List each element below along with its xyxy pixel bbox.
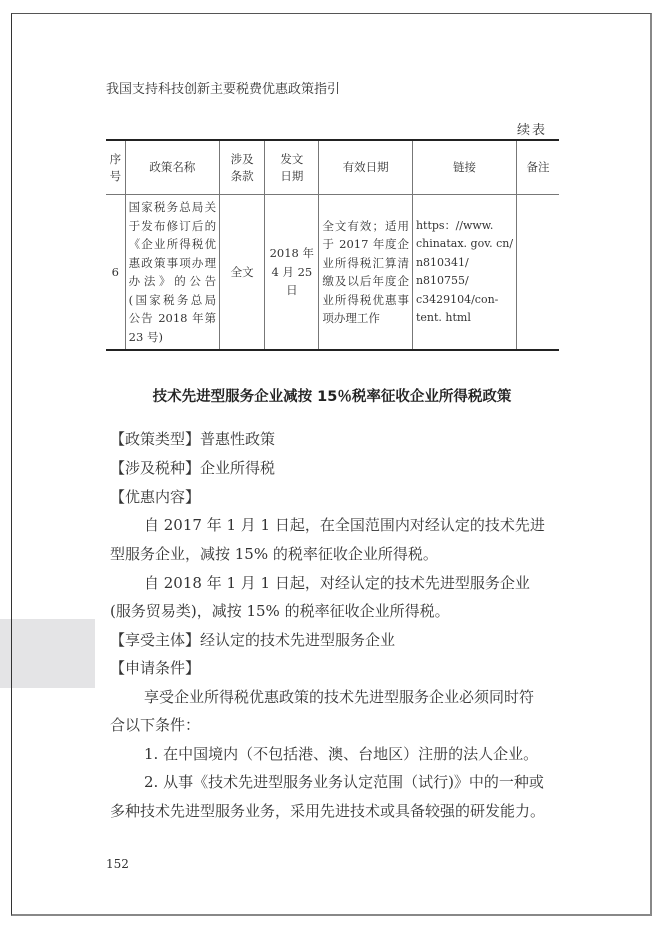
row-index: 6 bbox=[106, 195, 125, 351]
tax-type-label: 【涉及税种】 bbox=[110, 459, 200, 477]
subject-value: 经认定的技术先进型服务企业 bbox=[200, 631, 395, 649]
conditions-intro-line-2: 合以下条件： bbox=[110, 714, 200, 735]
benefit-paragraph-2-line-2: (服务贸易类)，减按 15% 的税率征收企业所得税。 bbox=[110, 600, 450, 621]
row-issue-date: 2018 年 4 月 25 日 bbox=[265, 195, 319, 351]
row-valid-date: 全文有效；适用 于 2017 年度企 业所得税汇算清 缴及以后年度企 业所得税优… bbox=[319, 195, 413, 351]
header-remarks: 备注 bbox=[517, 140, 559, 195]
header-valid-date: 有效日期 bbox=[319, 140, 413, 195]
benefit-paragraph-1-line-1: 自 2017 年 1 月 1 日起，在全国范围内对经认定的技术先进 bbox=[144, 514, 545, 535]
conditions-label: 【申请条件】 bbox=[110, 657, 200, 678]
header-link: 链接 bbox=[412, 140, 516, 195]
header-index: 序号 bbox=[106, 140, 125, 195]
table-header-row: 序号 政策名称 涉及条款 发文日期 有效日期 链接 备注 bbox=[106, 140, 559, 195]
condition-1: 1. 在中国境内（不包括港、澳、台地区）注册的法人企业。 bbox=[144, 743, 538, 764]
policy-type-label: 【政策类型】 bbox=[110, 430, 200, 448]
benefit-paragraph-1-line-2: 型服务企业，减按 15% 的税率征收企业所得税。 bbox=[110, 543, 438, 564]
benefit-paragraph-2-line-1: 自 2018 年 1 月 1 日起，对经认定的技术先进型服务企业 bbox=[144, 572, 530, 593]
policy-type-line: 【政策类型】普惠性政策 bbox=[110, 428, 275, 449]
subject-line: 【享受主体】经认定的技术先进型服务企业 bbox=[110, 629, 395, 650]
row-policy-name: 国家税务总局关 于发布修订后的 《企业所得税优 惠政策事项办理 办法》的公告 (… bbox=[125, 195, 219, 351]
benefit-label: 【优惠内容】 bbox=[110, 486, 200, 507]
section-title: 技术先进型服务企业减按 15％税率征收企业所得税政策 bbox=[0, 385, 664, 406]
header-clause: 涉及条款 bbox=[220, 140, 265, 195]
subject-label: 【享受主体】 bbox=[110, 631, 200, 649]
row-clause: 全文 bbox=[220, 195, 265, 351]
conditions-intro-line-1: 享受企业所得税优惠政策的技术先进型服务企业必须同时符 bbox=[144, 686, 534, 707]
row-link: https：//www. chinatax. gov. cn/ n810341/… bbox=[412, 195, 516, 351]
page-number: 152 bbox=[106, 857, 129, 871]
policy-table: 序号 政策名称 涉及条款 发文日期 有效日期 链接 备注 6 国家税务总局关 于… bbox=[106, 139, 559, 351]
row-remarks bbox=[517, 195, 559, 351]
condition-2-line-2: 多种技术先进型服务业务，采用先进技术或具备较强的研发能力。 bbox=[110, 800, 545, 821]
policy-type-value: 普惠性政策 bbox=[200, 430, 275, 448]
header-issue-date: 发文日期 bbox=[265, 140, 319, 195]
table-row: 6 国家税务总局关 于发布修订后的 《企业所得税优 惠政策事项办理 办法》的公告… bbox=[106, 195, 559, 351]
condition-2-line-1: 2. 从事《技术先进型服务业务认定范围（试行)》中的一种或 bbox=[144, 771, 544, 792]
tax-type-line: 【涉及税种】企业所得税 bbox=[110, 457, 275, 478]
tax-type-value: 企业所得税 bbox=[200, 459, 275, 477]
continued-table-label: 续表 bbox=[517, 119, 547, 138]
header-policy-name: 政策名称 bbox=[125, 140, 219, 195]
running-head: 我国支持科技创新主要税费优惠政策指引 bbox=[106, 78, 340, 97]
